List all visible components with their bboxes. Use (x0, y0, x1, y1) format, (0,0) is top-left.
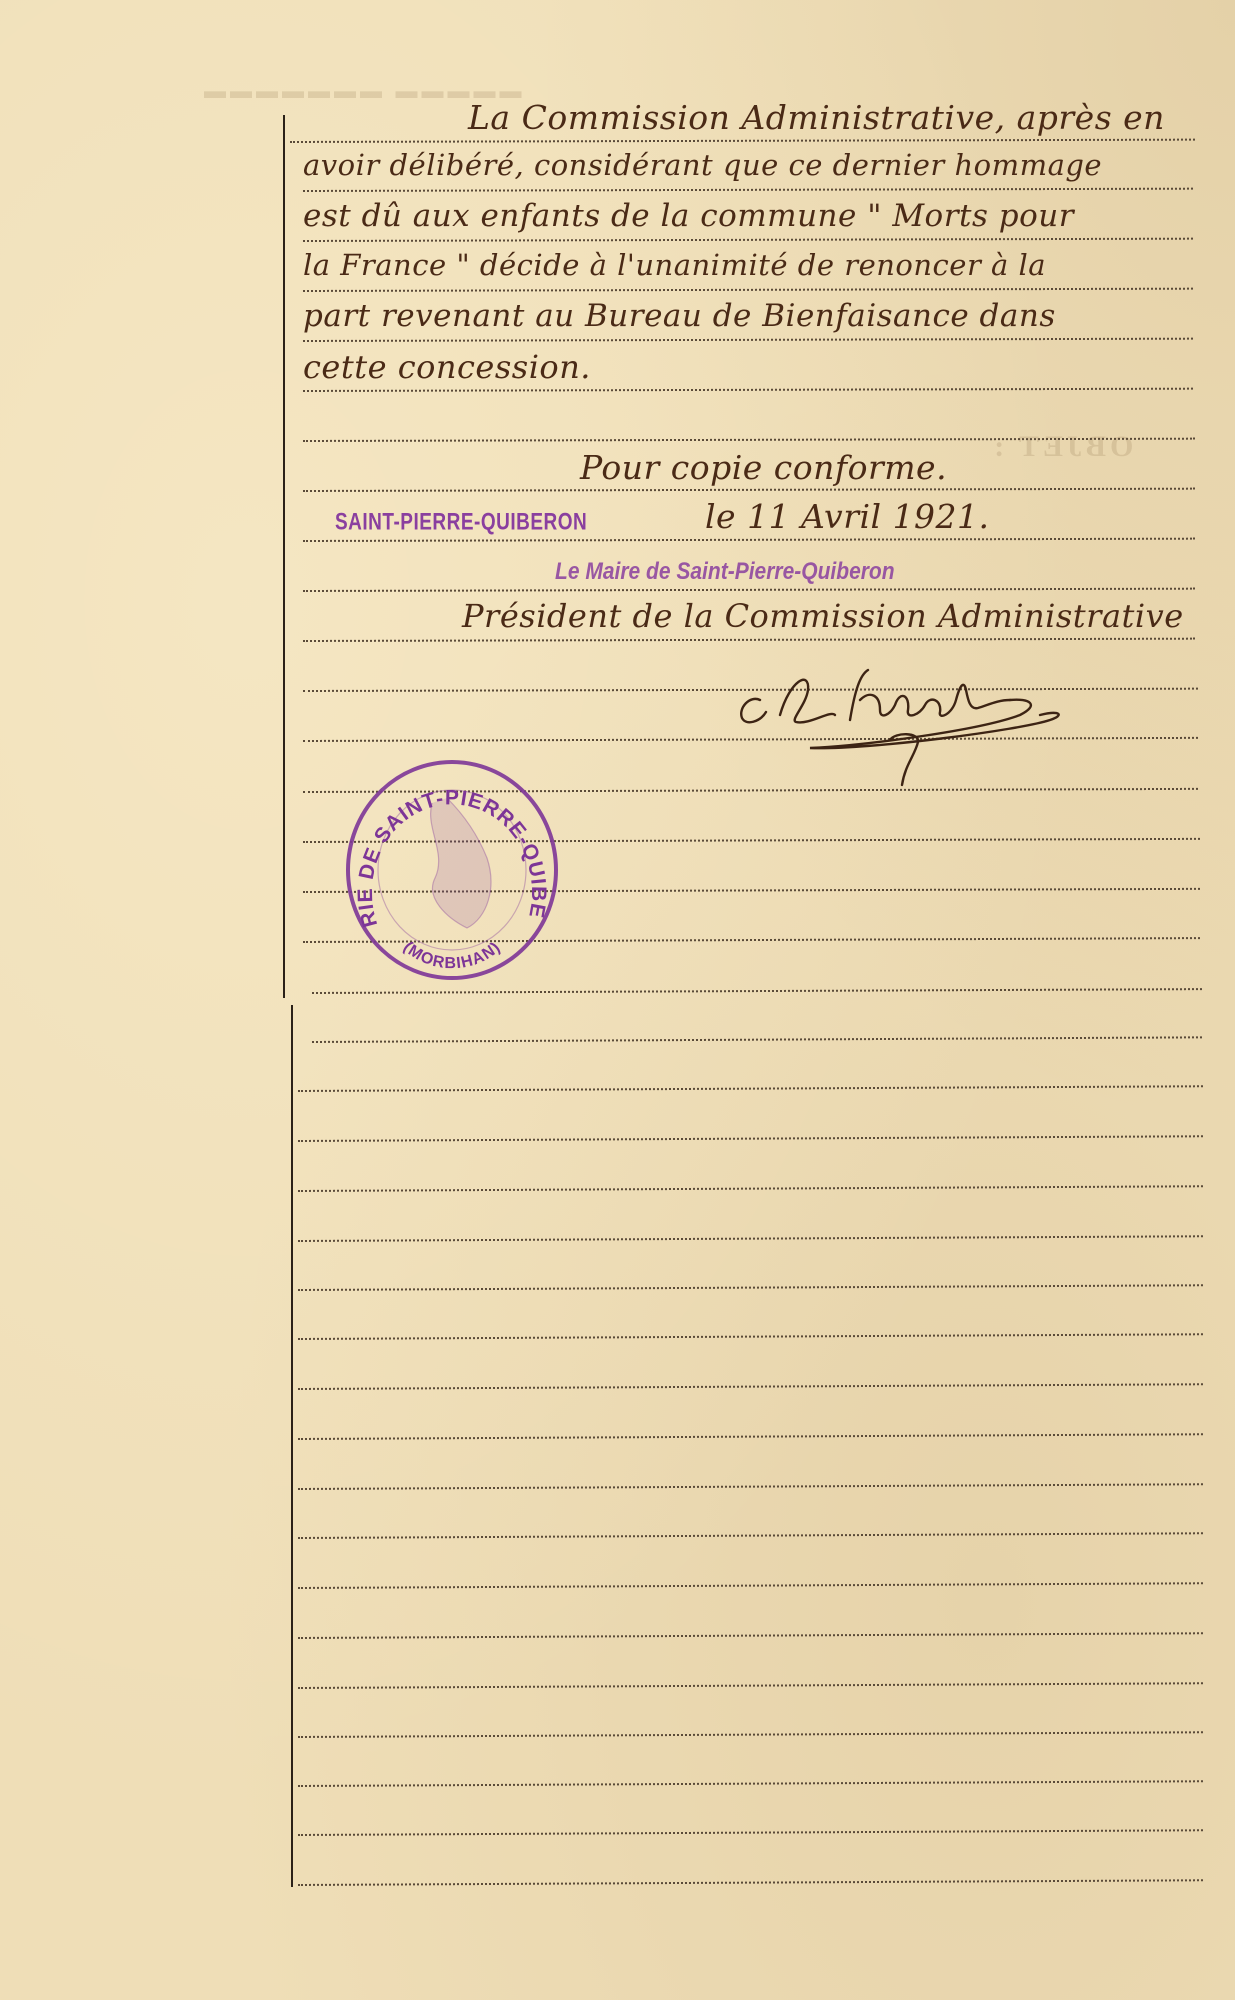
ruled-line (298, 1185, 1203, 1192)
ruled-line (303, 588, 1195, 592)
body-line: la France " décide à l'unanimité de reno… (303, 248, 1046, 282)
ruled-line (298, 1780, 1203, 1787)
ruled-line (303, 488, 1195, 492)
certification-date: le 11 Avril 1921. (705, 497, 990, 536)
ruled-line (312, 1036, 1202, 1043)
ruled-line (298, 1532, 1203, 1539)
ruled-line (298, 1135, 1203, 1142)
seal-bottom-text: (MORBIHAN) (400, 939, 504, 973)
ruled-line (303, 338, 1193, 342)
ruled-line (298, 1731, 1203, 1738)
municipal-seal: MAIRIE DE SAINT-PIERRE-QUIBERON (MORBIHA… (337, 758, 567, 988)
body-line: La Commission Administrative, après en (468, 98, 1165, 137)
ruled-line (298, 1433, 1203, 1440)
body-line: avoir délibéré, considérant que ce derni… (303, 148, 1102, 182)
ruled-line (298, 1085, 1203, 1092)
document-page: ▬▬▬▬▬ ▬▬▬▬▬▬▬ OBJET : (0, 0, 1235, 2000)
ruled-line (298, 1879, 1203, 1886)
president-title: Président de la Commission Administrativ… (462, 597, 1184, 635)
show-through-objet: OBJET : (990, 430, 1133, 464)
ruled-line (312, 988, 1202, 994)
margin-rule-upper (283, 115, 285, 998)
ruled-line (298, 1582, 1203, 1589)
ruled-line (298, 1333, 1203, 1340)
ruled-line (303, 638, 1195, 642)
svg-text:(MORBIHAN): (MORBIHAN) (400, 939, 504, 973)
ruled-line (303, 388, 1193, 392)
ruled-line (298, 1284, 1203, 1291)
ruled-line (298, 1383, 1203, 1390)
place-stamp: SAINT-PIERRE-QUIBERON (335, 509, 587, 537)
ruled-line (303, 538, 1195, 542)
body-line: cette concession. (303, 348, 591, 386)
ruled-line (298, 1632, 1203, 1639)
ruled-line (290, 139, 1195, 143)
ruled-line (298, 1235, 1203, 1242)
ruled-line (298, 1829, 1203, 1836)
ruled-line (303, 238, 1193, 242)
ruled-line (298, 1682, 1203, 1689)
mayor-stamp: Le Maire de Saint-Pierre-Quiberon (555, 558, 895, 586)
copy-conforme-label: Pour copie conforme. (580, 448, 947, 487)
body-line: est dû aux enfants de la commune " Morts… (303, 198, 1074, 234)
ruled-line (303, 288, 1193, 292)
body-line: part revenant au Bureau de Bienfaisance … (303, 298, 1056, 334)
signature: C Le Moahe (720, 660, 1080, 800)
margin-rule-lower (291, 1005, 293, 1887)
ruled-line (303, 188, 1193, 192)
ruled-line (298, 1483, 1203, 1490)
